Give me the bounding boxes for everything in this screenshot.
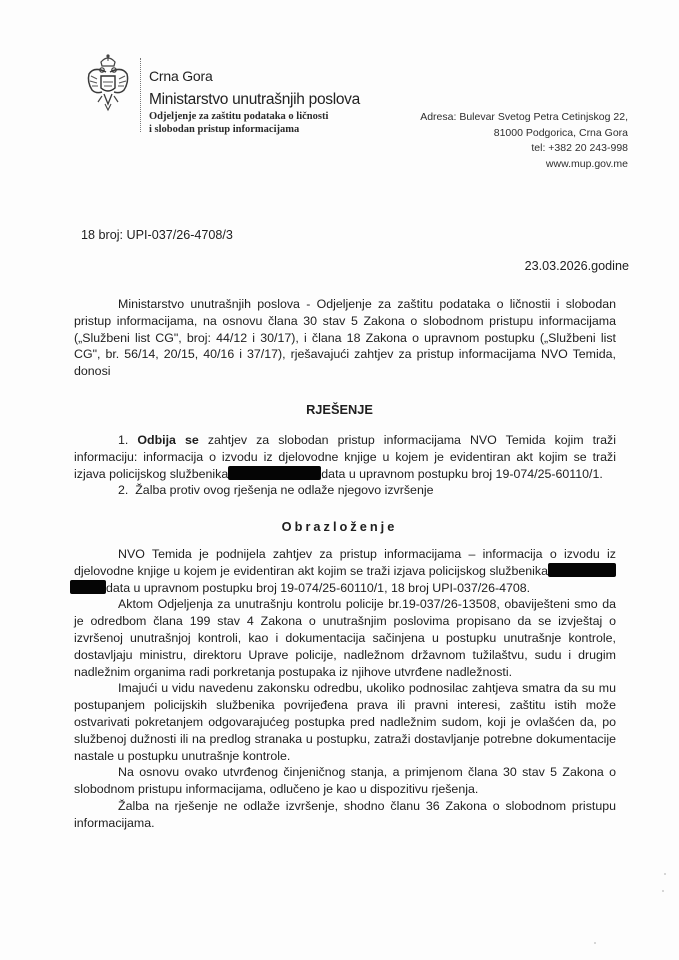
reference-number: 18 broj: UPI-037/26-4708/3	[81, 228, 233, 242]
department-line-2: i slobodan pristup informacijama	[149, 124, 328, 137]
item-1-bold: Odbija se	[137, 433, 198, 447]
redaction-bar	[548, 563, 616, 577]
letterhead-divider	[140, 58, 142, 132]
decision-item-1: 1. Odbija se zahtjev za slobodan pristup…	[74, 432, 616, 482]
scan-speck	[662, 890, 664, 892]
reasoning-section: NVO Temida je podnijela zahtjev za prist…	[74, 546, 616, 832]
document-page: Crna Gora Ministarstvo unutrašnjih poslo…	[0, 0, 679, 960]
scan-speck	[594, 942, 596, 944]
scan-speck	[664, 873, 666, 875]
department-name: Odjeljenje za zaštitu podataka o ličnost…	[149, 111, 328, 136]
intro-paragraph: Ministarstvo unutrašnjih poslova - Odjel…	[74, 296, 616, 380]
item-2-number: 2.	[118, 483, 128, 497]
item-1-number: 1.	[118, 433, 128, 447]
coat-of-arms-icon	[84, 52, 132, 116]
department-line-1: Odjeljenje za zaštitu podataka o ličnost…	[149, 111, 328, 124]
website: www.mup.gov.me	[420, 157, 628, 173]
reasoning-paragraph-2: Aktom Odjeljenja za unutrašnju kontrolu …	[74, 596, 616, 680]
p1-text-end: data u upravnom postupku broj 19-074/25-…	[106, 581, 530, 595]
reasoning-heading: Obrazloženje	[0, 519, 679, 534]
reasoning-paragraph-3: Imajući u vidu navedenu zakonsku odredbu…	[74, 680, 616, 764]
decision-section: 1. Odbija se zahtjev za slobodan pristup…	[74, 432, 616, 499]
address-line-1: Adresa: Bulevar Svetog Petra Cetinjskog …	[420, 110, 628, 126]
phone-number: tel: +382 20 243-998	[420, 141, 628, 157]
address-line-2: 81000 Podgorica, Crna Gora	[420, 126, 628, 142]
document-date: 23.03.2026.godine	[525, 259, 629, 273]
reasoning-paragraph-4: Na osnovu ovako utvrđenog činjeničnog st…	[74, 764, 616, 798]
decision-item-2: 2. Žalba protiv ovog rješenja ne odlaže …	[74, 482, 616, 499]
decision-heading: RJEŠENJE	[0, 402, 679, 417]
item-1-text-end: data u upravnom postupku broj 19-074/25-…	[321, 467, 603, 481]
redaction-bar	[70, 580, 106, 594]
item-2-text: Žalba protiv ovog rješenja ne odlaže nje…	[135, 483, 433, 497]
reasoning-paragraph-5: Žalba na rješenje ne odlaže izvršenje, s…	[74, 798, 616, 832]
ministry-name: Ministarstvo unutrašnjih poslova	[149, 91, 360, 109]
country-name: Crna Gora	[149, 68, 213, 84]
p1-text: NVO Temida je podnijela zahtjev za prist…	[74, 547, 616, 578]
redaction-bar	[228, 466, 321, 480]
reasoning-paragraph-1: NVO Temida je podnijela zahtjev za prist…	[74, 546, 616, 596]
contact-block: Adresa: Bulevar Svetog Petra Cetinjskog …	[420, 110, 628, 172]
